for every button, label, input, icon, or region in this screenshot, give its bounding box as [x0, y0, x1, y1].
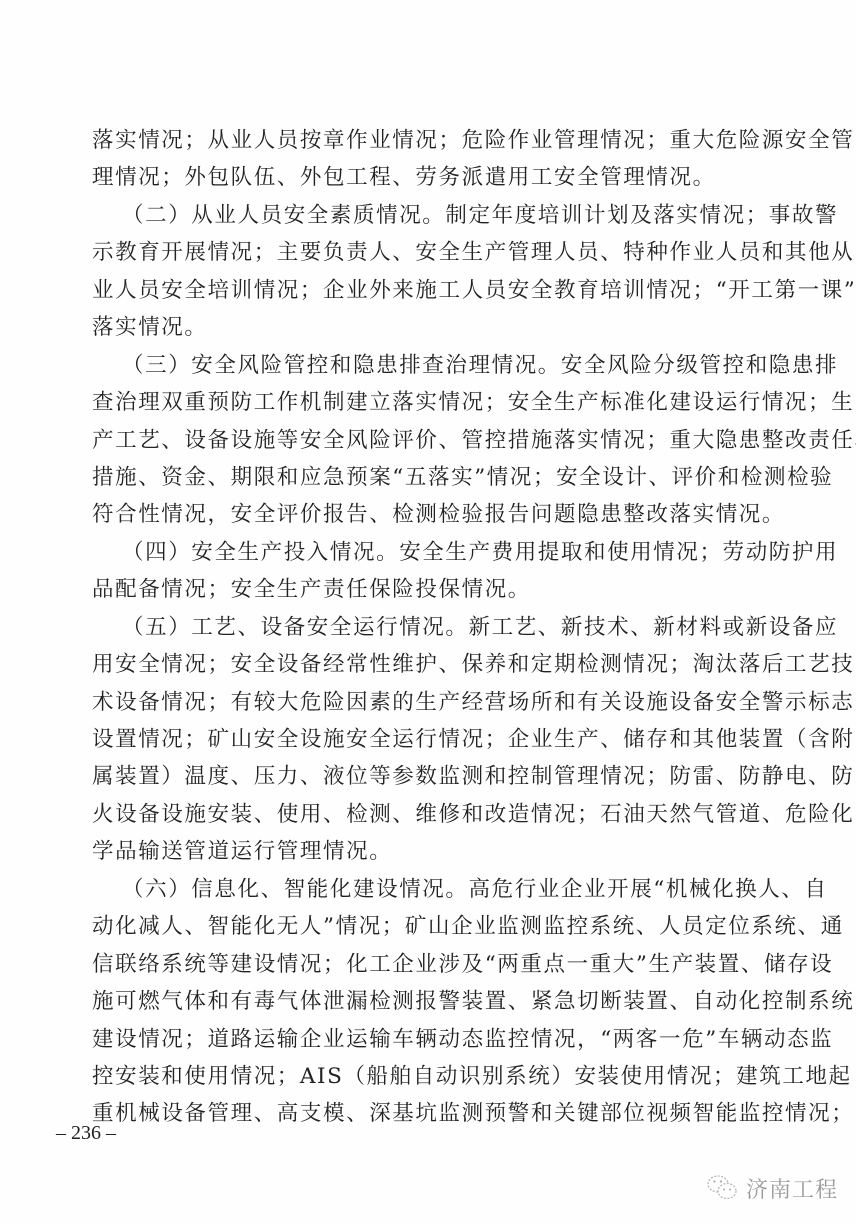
- text-line: 查治理双重预防工作机制建立落实情况；安全生产标准化建设运行情况；生: [92, 384, 750, 421]
- text-line: 术设备情况；有较大危险因素的生产经营场所和有关设施设备安全警示标志: [92, 684, 750, 721]
- wechat-icon: [706, 1173, 740, 1203]
- paragraph-heading-line: （二）从业人员安全素质情况。制定年度培训计划及落实情况；事故警: [92, 197, 750, 234]
- text-line: 重机械设备管理、高支模、深基坑监测预警和关键部位视频智能监控情况；: [92, 1095, 750, 1132]
- text-line: 信联络系统等建设情况；化工企业涉及“两重点一重大”生产装置、储存设: [92, 946, 750, 983]
- text-line: 产工艺、设备设施等安全风险评价、管控措施落实情况；重大隐患整改责任、: [92, 422, 750, 459]
- text-line: 落实情况；从业人员按章作业情况；危险作业管理情况；重大危险源安全管: [92, 122, 750, 159]
- page-number: – 236 –: [56, 1122, 116, 1145]
- paragraph-heading-line: （五）工艺、设备安全运行情况。新工艺、新技术、新材料或新设备应: [92, 609, 750, 646]
- text-line: 火设备设施安装、使用、检测、维修和改造情况；石油天然气管道、危险化: [92, 796, 750, 833]
- text-line: 品配备情况；安全生产责任保险投保情况。: [92, 571, 750, 608]
- text-line: 建设情况；道路运输企业运输车辆动态监控情况，“两客一危”车辆动态监: [92, 1021, 750, 1058]
- text-line: 控安装和使用情况；AIS（船舶自动识别系统）安装使用情况；建筑工地起: [92, 1058, 750, 1095]
- text-line: 理情况；外包队伍、外包工程、劳务派遣用工安全管理情况。: [92, 159, 750, 196]
- text-line: 动化减人、智能化无人”情况；矿山企业监测监控系统、人员定位系统、通: [92, 908, 750, 945]
- paragraph-heading-line: （六）信息化、智能化建设情况。高危行业企业开展“机械化换人、自: [92, 871, 750, 908]
- text-line: 设置情况；矿山安全设施安全运行情况；企业生产、储存和其他装置（含附: [92, 721, 750, 758]
- document-page: 落实情况；从业人员按章作业情况；危险作业管理情况；重大危险源安全管理情况；外包队…: [0, 0, 856, 1225]
- text-line: 符合性情况，安全评价报告、检测检验报告问题隐患整改落实情况。: [92, 496, 750, 533]
- text-line: 用安全情况；安全设备经常性维护、保养和定期检测情况；淘汰落后工艺技: [92, 646, 750, 683]
- text-line: 属装置）温度、压力、液位等参数监测和控制管理情况；防雷、防静电、防: [92, 758, 750, 795]
- watermark-text: 济南工程: [746, 1173, 838, 1204]
- body-text: 落实情况；从业人员按章作业情况；危险作业管理情况；重大危险源安全管理情况；外包队…: [92, 122, 750, 1133]
- paragraph-heading-line: （四）安全生产投入情况。安全生产费用提取和使用情况；劳动防护用: [92, 534, 750, 571]
- text-line: 施可燃气体和有毒气体泄漏检测报警装置、紧急切断装置、自动化控制系统: [92, 983, 750, 1020]
- text-line: 示教育开展情况；主要负责人、安全生产管理人员、特种作业人员和其他从: [92, 234, 750, 271]
- text-line: 学品输送管道运行管理情况。: [92, 833, 750, 870]
- text-line: 业人员安全培训情况；企业外来施工人员安全教育培训情况；“开工第一课”: [92, 272, 750, 309]
- text-line: 措施、资金、期限和应急预案“五落实”情况；安全设计、评价和检测检验: [92, 459, 750, 496]
- paragraph-heading-line: （三）安全风险管控和隐患排查治理情况。安全风险分级管控和隐患排: [92, 347, 750, 384]
- text-line: 落实情况。: [92, 309, 750, 346]
- watermark: 济南工程: [706, 1170, 838, 1206]
